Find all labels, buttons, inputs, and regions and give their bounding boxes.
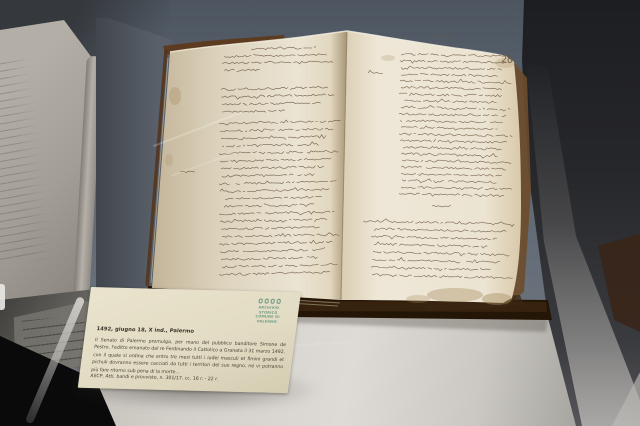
stamp-circles-icon [252,298,287,303]
museum-display-photo: 20 ARCHIVIO STORICO COMUNE DI PALERMO 14… [0,0,640,426]
caption-date-heading: 1492, giugno 18, X ind., Palermo [96,326,287,337]
stamp-text: ARCHIVIO STORICO COMUNE DI PALERMO [252,305,284,324]
archive-stamp: ARCHIVIO STORICO COMUNE DI PALERMO [249,298,287,327]
caption-body-text: Il Senato di Palermo promulga, per mano … [91,337,287,379]
stamp-line: PALERMO [252,319,283,324]
folio-number: 20 [501,55,514,66]
caption-card: ARCHIVIO STORICO COMUNE DI PALERMO 1492,… [78,287,301,393]
